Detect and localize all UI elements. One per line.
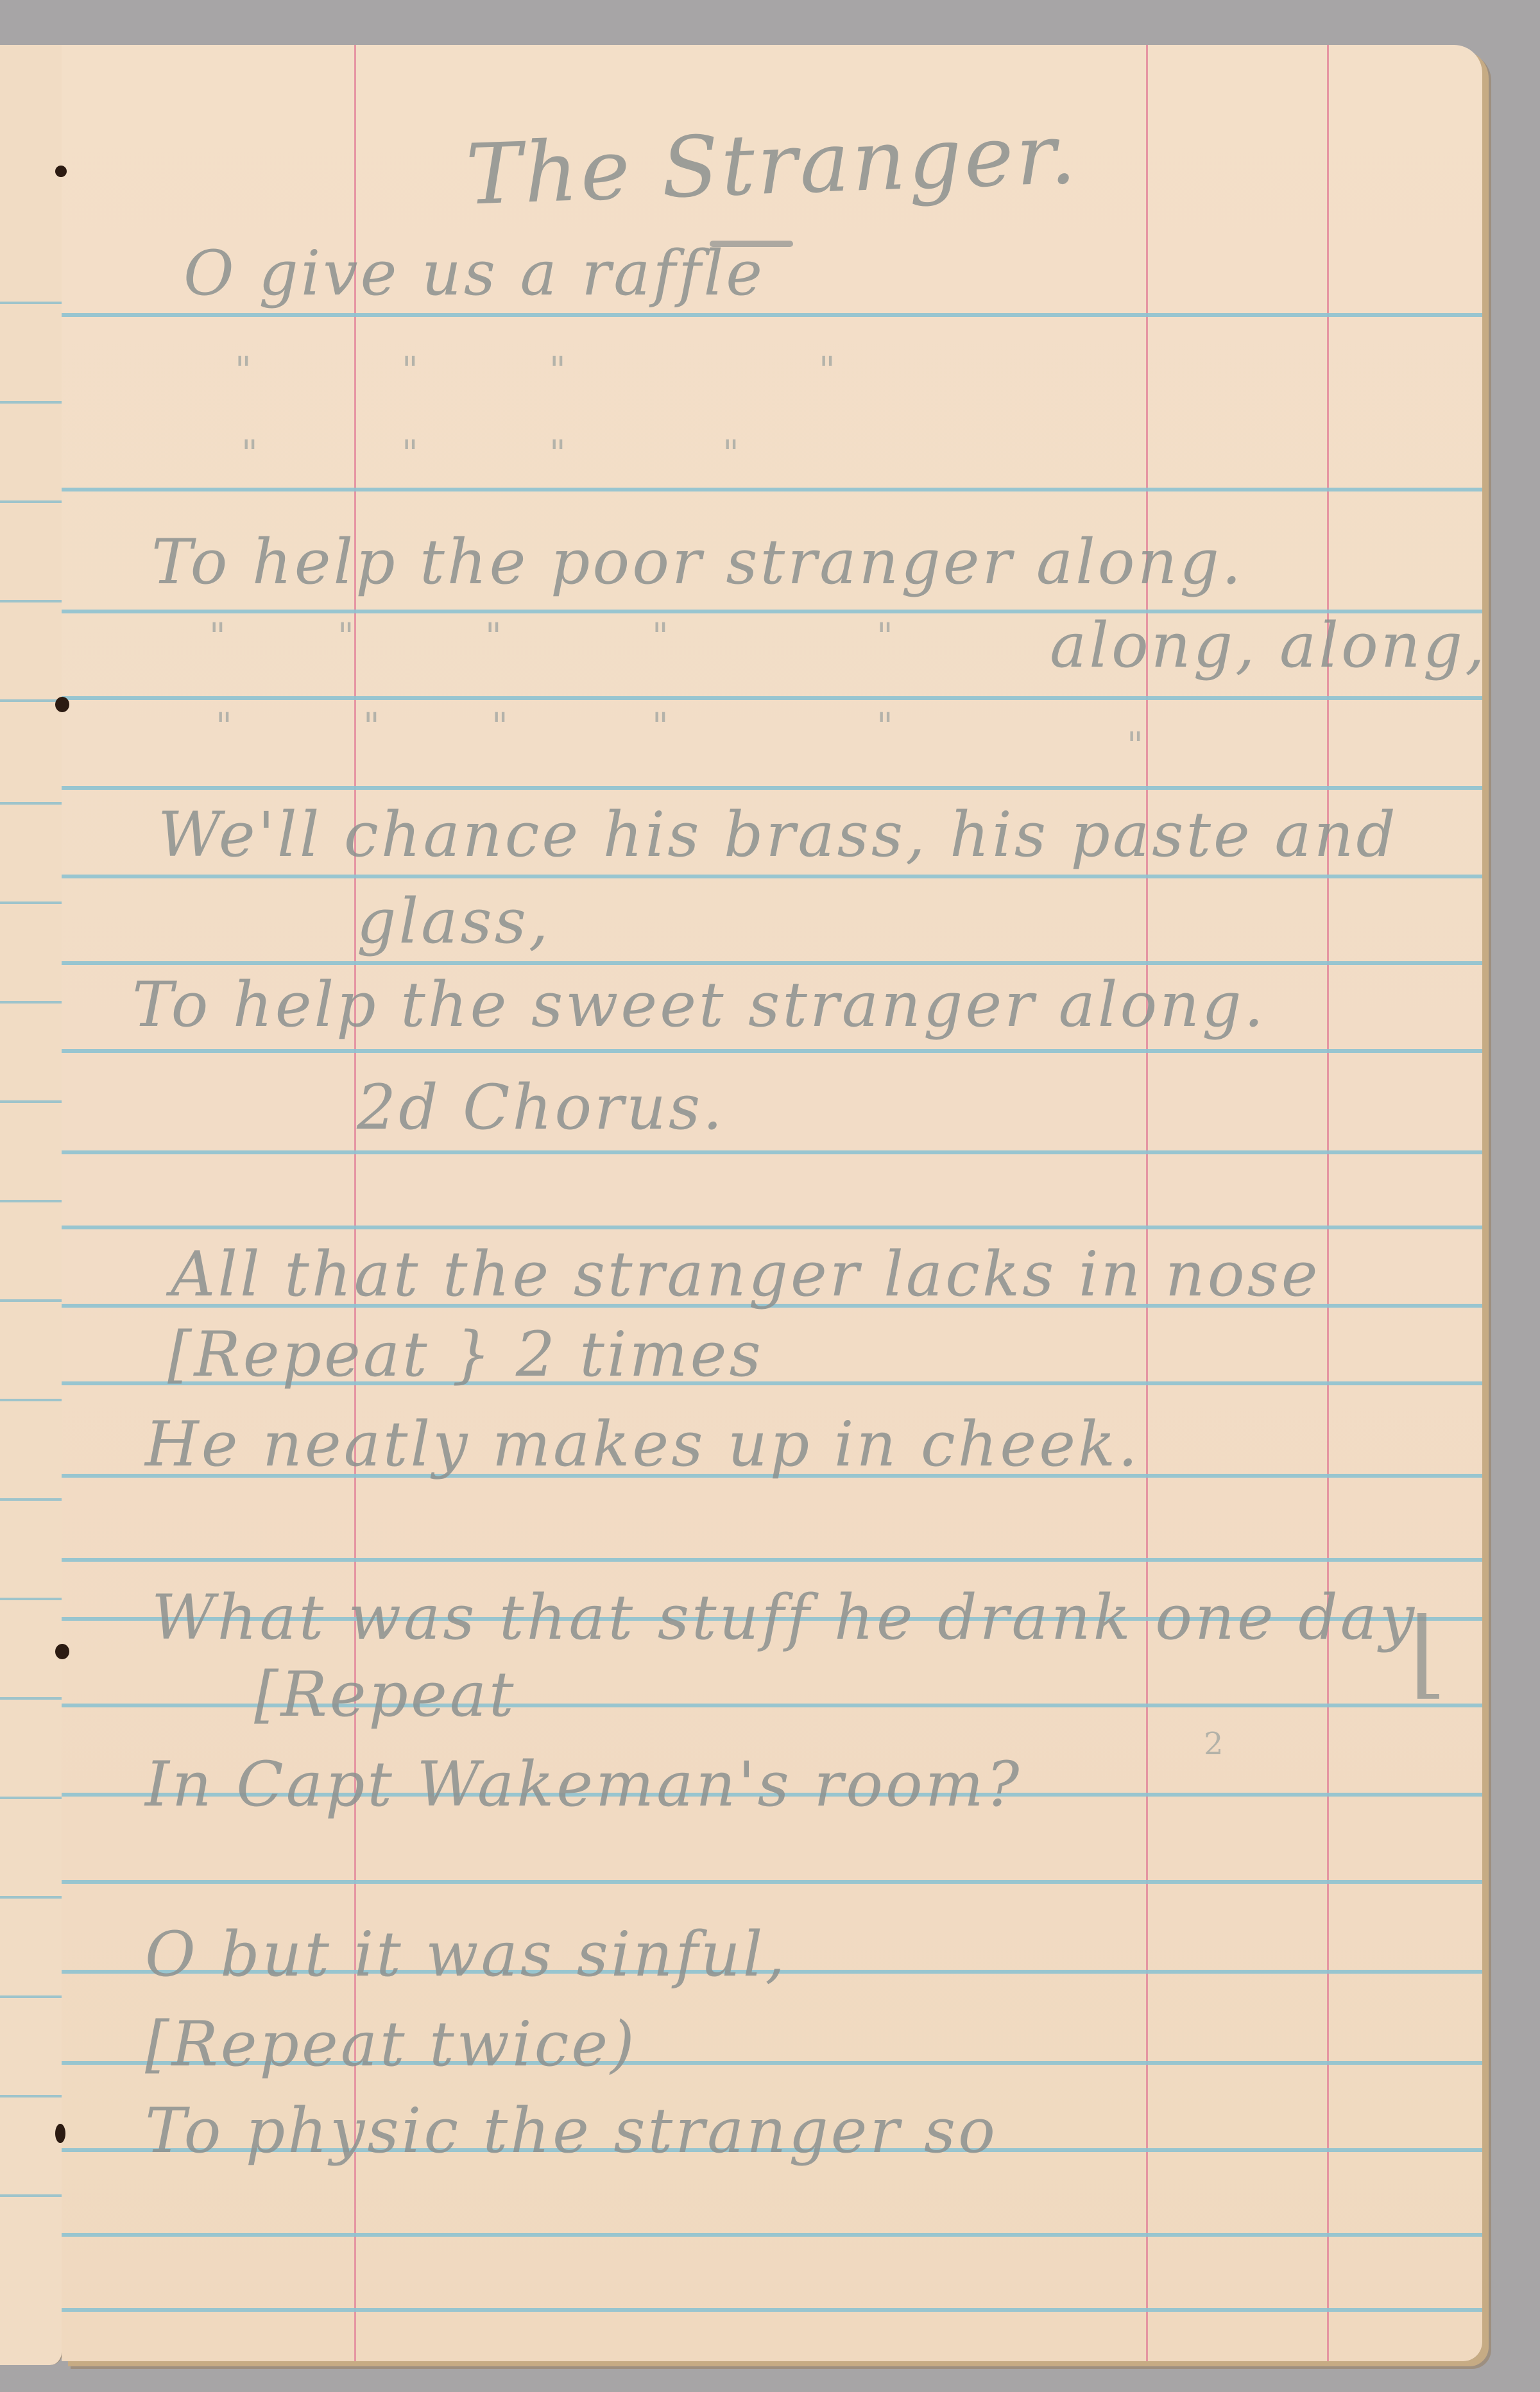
ruled-line [0,500,62,503]
margin-note: 2 [1204,1726,1224,1762]
ditto-mark: " [652,706,669,747]
ruled-line [0,1995,62,1998]
ditto-mark: " [209,616,226,658]
ruled-line [0,699,62,702]
song-title: The Stranger. [465,105,1080,223]
ruled-line [62,1880,1482,1884]
ditto-mark: " [877,616,893,658]
ditto-mark: " [402,350,418,391]
ditto-mark: " [492,706,508,747]
ruled-line [62,961,1482,965]
ruled-line [0,802,62,805]
binding-hole [55,1644,69,1659]
previous-page-edge [0,45,63,2365]
lyric-line: O give us a raffle [184,237,765,309]
lyric-line: To help the poor stranger along. [151,526,1244,598]
ruled-line [0,1498,62,1501]
lyric-line: along, along, [1050,610,1482,681]
ruled-line [0,1697,62,1700]
ruled-line [0,302,62,304]
repeat-bracket: ⌊ [1409,1598,1447,1709]
ruled-line [0,1896,62,1899]
ruled-line [62,313,1482,317]
ruled-line [0,1299,62,1302]
lyric-line: What was that stuff he drank one day [151,1582,1417,1653]
ruled-line [62,696,1482,700]
ditto-mark: " [549,433,566,475]
margin-rule-right-2 [1327,45,1329,2361]
ditto-mark: " [363,706,380,747]
ruled-line [0,1100,62,1103]
margin-rule-right-1 [1146,45,1148,2361]
ruled-line [62,786,1482,790]
lyric-line: To physic the stranger so [145,2095,998,2167]
ruled-line [0,401,62,404]
ruled-line [0,1200,62,1202]
ruled-line [62,1226,1482,1229]
ruled-line [0,1598,62,1600]
ruled-line [62,1150,1482,1154]
ruled-line [62,488,1482,491]
ditto-mark: " [485,616,502,658]
ditto-mark: " [652,616,669,658]
lyric-line: In Capt Wakeman's room? [145,1748,1022,1820]
lyric-line: [Repeat twice) [145,2008,637,2080]
lyric-line: glass, [357,885,551,957]
ruled-line [62,1558,1482,1562]
ditto-mark: " [216,706,232,747]
lyric-line: 2d Chorus. [357,1072,725,1143]
ditto-mark: " [241,433,258,475]
notebook-page: The Stranger. O give us a raffle " " " "… [62,45,1482,2361]
lyric-line: To help the sweet stranger along. [132,969,1266,1041]
ruled-line [0,1399,62,1401]
binding-hole [55,697,69,712]
binding-hole [55,166,67,177]
ruled-line [62,875,1482,878]
lyric-line: O but it was sinful, [145,1918,787,1990]
ditto-mark: " [402,433,418,475]
ruled-line [62,2233,1482,2237]
lyric-line: All that the stranger lacks in nose [171,1238,1321,1310]
ditto-mark: " [338,616,354,658]
binding-hole [55,2124,65,2143]
ditto-mark: " [1127,725,1143,767]
ditto-mark: " [877,706,893,747]
ruled-line [0,2095,62,2097]
ditto-mark: " [549,350,566,391]
lyric-line: [Repeat [254,1659,517,1730]
ditto-mark: " [819,350,835,391]
ruled-line [0,600,62,602]
ruled-line [62,2308,1482,2312]
ruled-line [0,1001,62,1004]
ruled-line [0,1797,62,1799]
ruled-line [0,901,62,904]
ditto-mark: " [235,350,252,391]
ruled-line [62,1049,1482,1053]
lyric-line: We'll chance his brass, his paste and [158,799,1398,871]
lyric-line: He neatly makes up in cheek. [145,1408,1140,1480]
lyric-line: [Repeat } 2 times [167,1319,764,1390]
ruled-line [0,2194,62,2197]
ditto-mark: " [723,433,739,475]
